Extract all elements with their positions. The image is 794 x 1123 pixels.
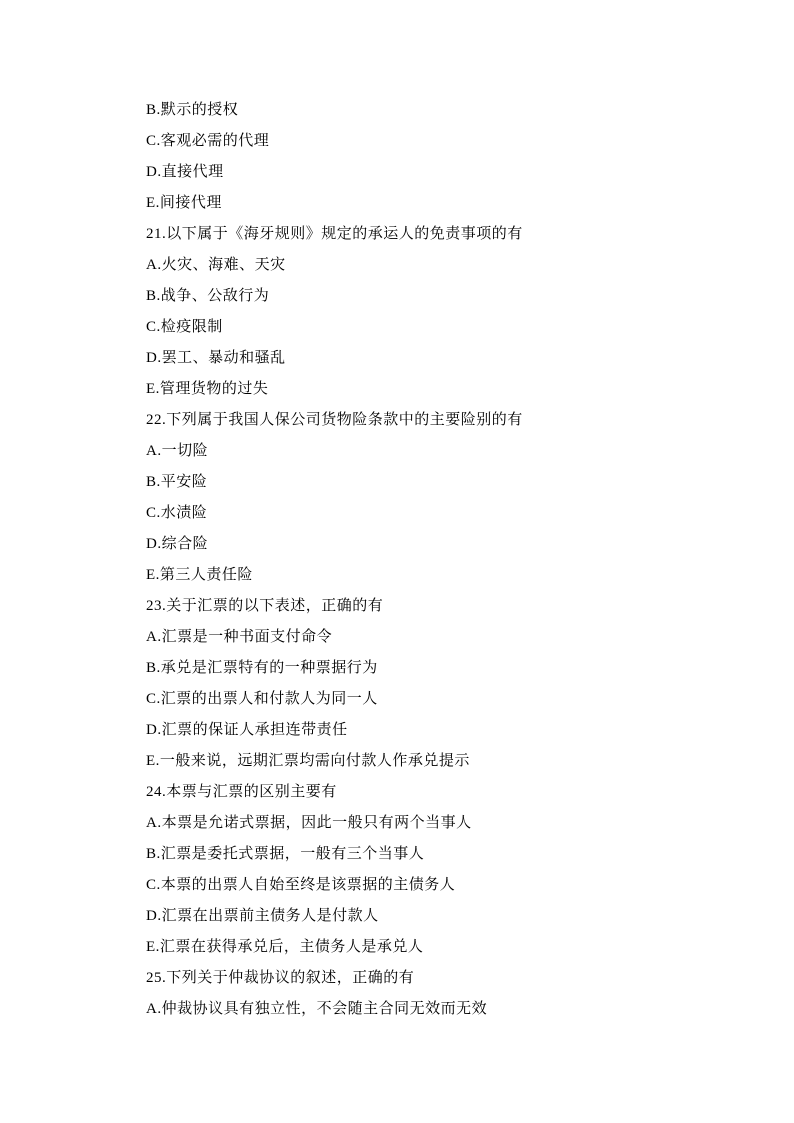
option-line: A.汇票是一种书面支付命令 xyxy=(146,622,754,653)
question-stem: 25.下列关于仲裁协议的叙述，正确的有 xyxy=(146,963,754,994)
option-line: C.本票的出票人自始至终是该票据的主债务人 xyxy=(146,870,754,901)
question-stem: 21.以下属于《海牙规则》规定的承运人的免责事项的有 xyxy=(146,219,754,250)
option-line: D.综合险 xyxy=(146,529,754,560)
option-line: A.一切险 xyxy=(146,436,754,467)
question-24: 24.本票与汇票的区别主要有 A.本票是允诺式票据，因此一般只有两个当事人 B.… xyxy=(146,777,754,963)
option-line: C.检疫限制 xyxy=(146,312,754,343)
option-line: A.仲裁协议具有独立性，不会随主合同无效而无效 xyxy=(146,994,754,1025)
option-line: C.水渍险 xyxy=(146,498,754,529)
option-line: D.汇票的保证人承担连带责任 xyxy=(146,715,754,746)
option-line: E.第三人责任险 xyxy=(146,560,754,591)
option-line: E.汇票在获得承兑后，主债务人是承兑人 xyxy=(146,932,754,963)
option-line: B.默示的授权 xyxy=(146,95,754,126)
question-25: 25.下列关于仲裁协议的叙述，正确的有 A.仲裁协议具有独立性，不会随主合同无效… xyxy=(146,963,754,1025)
option-line: B.承兑是汇票特有的一种票据行为 xyxy=(146,653,754,684)
option-line: D.汇票在出票前主债务人是付款人 xyxy=(146,901,754,932)
option-line: A.本票是允诺式票据，因此一般只有两个当事人 xyxy=(146,808,754,839)
question-stem: 24.本票与汇票的区别主要有 xyxy=(146,777,754,808)
option-line: D.罢工、暴动和骚乱 xyxy=(146,343,754,374)
option-line: D.直接代理 xyxy=(146,157,754,188)
option-line: E.一般来说，远期汇票均需向付款人作承兑提示 xyxy=(146,746,754,777)
option-line: E.间接代理 xyxy=(146,188,754,219)
exam-document-page: B.默示的授权 C.客观必需的代理 D.直接代理 E.间接代理 21.以下属于《… xyxy=(0,0,794,1123)
question-20-trailing-options: B.默示的授权 C.客观必需的代理 D.直接代理 E.间接代理 xyxy=(146,95,754,219)
option-line: B.战争、公敌行为 xyxy=(146,281,754,312)
option-line: B.汇票是委托式票据，一般有三个当事人 xyxy=(146,839,754,870)
option-line: C.汇票的出票人和付款人为同一人 xyxy=(146,684,754,715)
question-23: 23.关于汇票的以下表述，正确的有 A.汇票是一种书面支付命令 B.承兑是汇票特… xyxy=(146,591,754,777)
question-22: 22.下列属于我国人保公司货物险条款中的主要险别的有 A.一切险 B.平安险 C… xyxy=(146,405,754,591)
option-line: A.火灾、海难、天灾 xyxy=(146,250,754,281)
option-line: E.管理货物的过失 xyxy=(146,374,754,405)
question-21: 21.以下属于《海牙规则》规定的承运人的免责事项的有 A.火灾、海难、天灾 B.… xyxy=(146,219,754,405)
option-line: C.客观必需的代理 xyxy=(146,126,754,157)
option-line: B.平安险 xyxy=(146,467,754,498)
question-stem: 22.下列属于我国人保公司货物险条款中的主要险别的有 xyxy=(146,405,754,436)
question-stem: 23.关于汇票的以下表述，正确的有 xyxy=(146,591,754,622)
question-list: B.默示的授权 C.客观必需的代理 D.直接代理 E.间接代理 21.以下属于《… xyxy=(146,95,754,1025)
